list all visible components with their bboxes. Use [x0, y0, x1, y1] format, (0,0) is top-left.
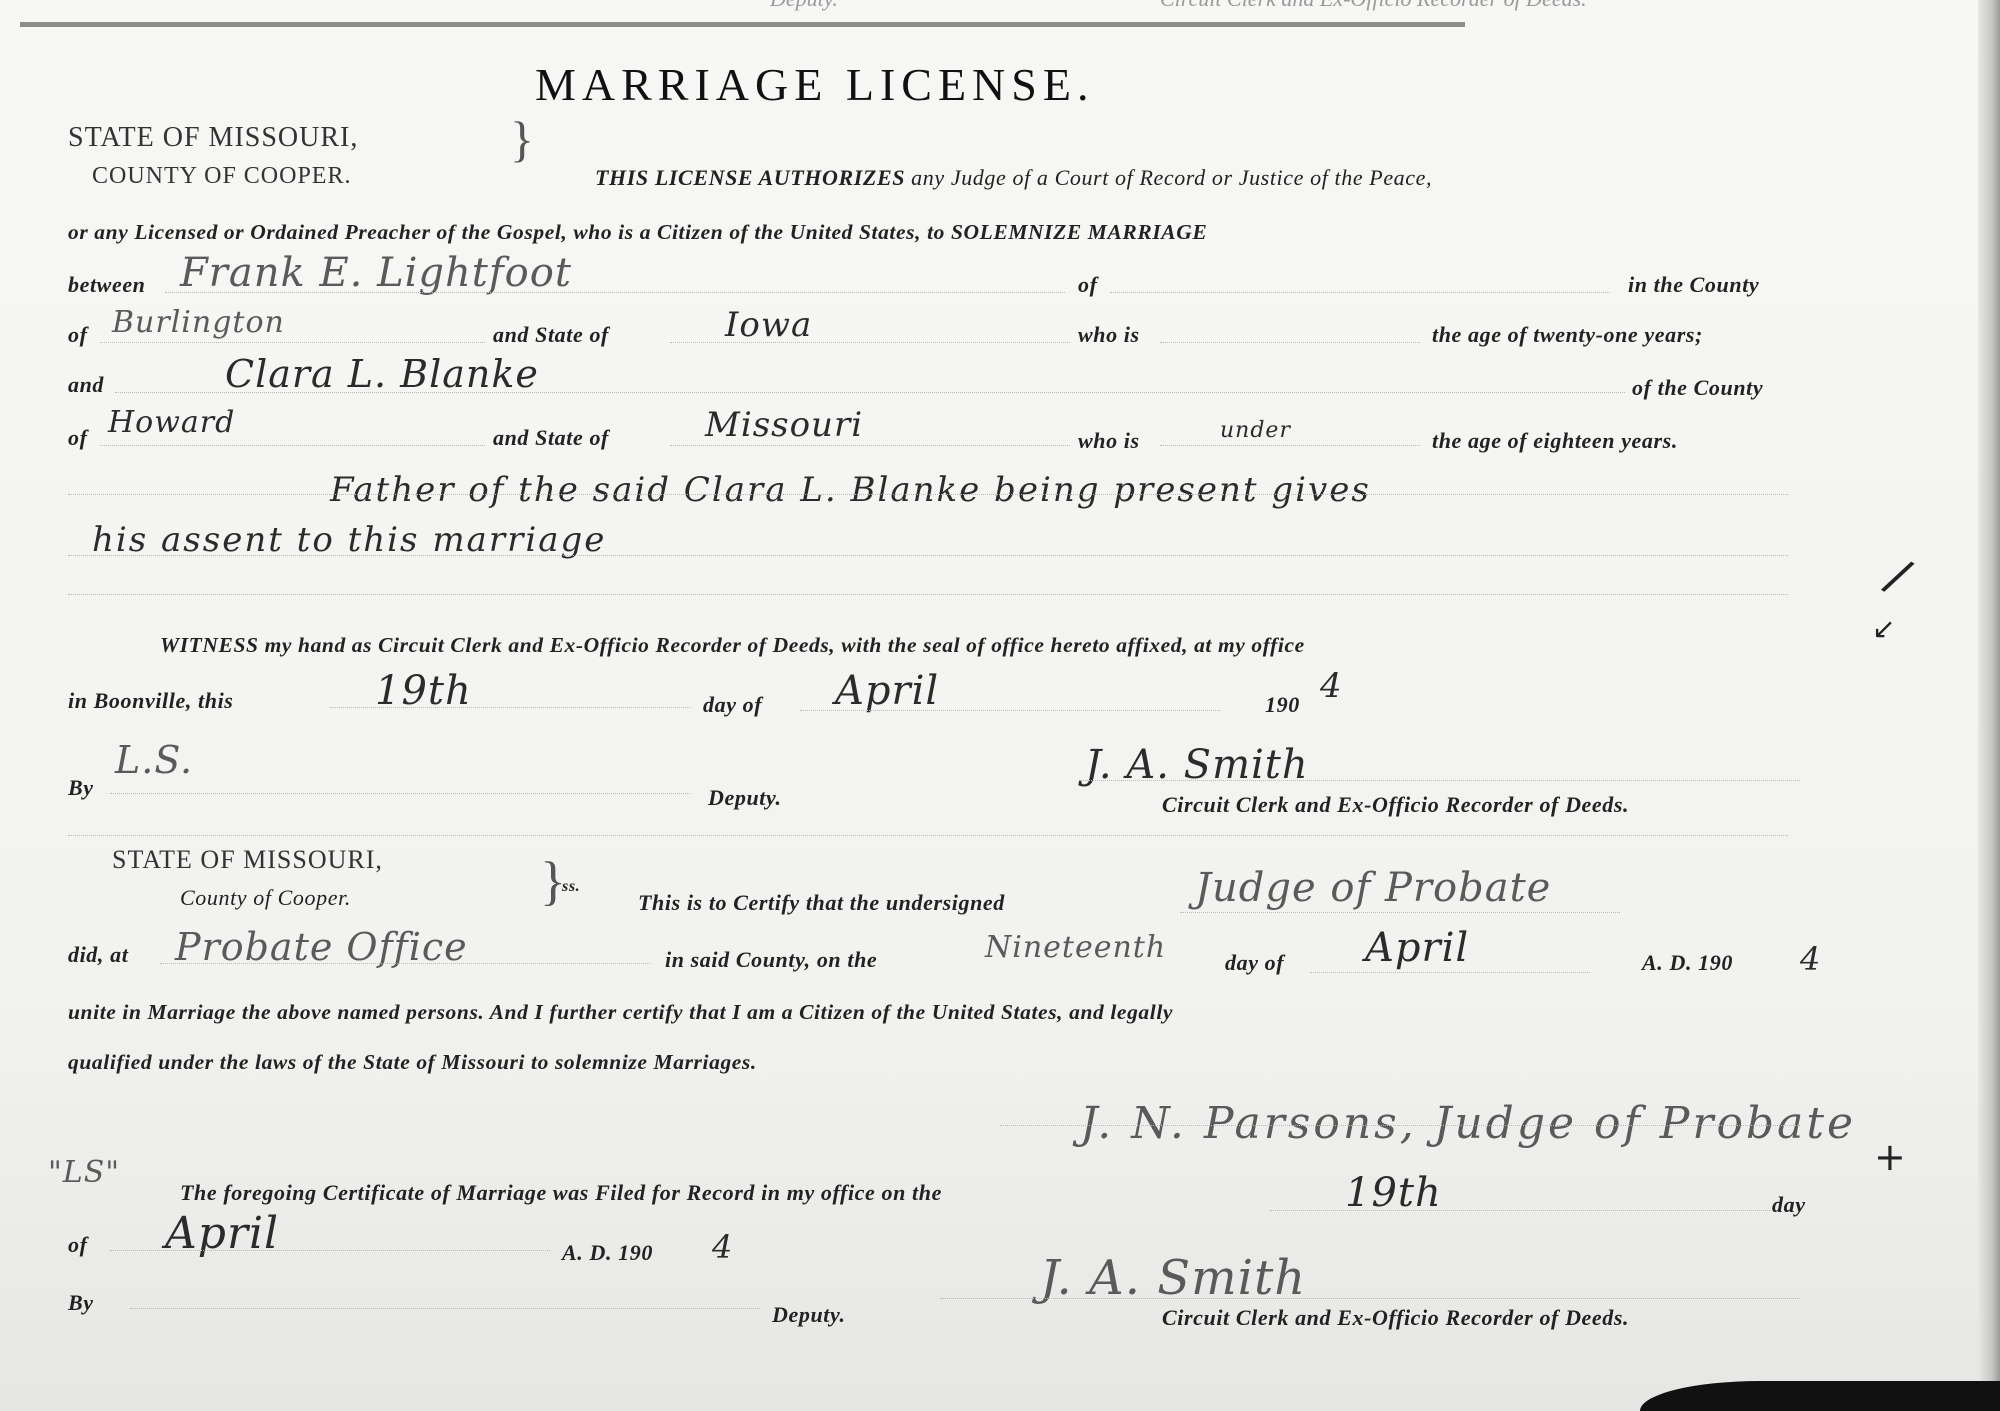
cross-mark: + — [1874, 1135, 1906, 1179]
label-of-county: of — [68, 322, 88, 348]
groom-county: Burlington — [112, 305, 285, 340]
label-of-the-county: of the County — [1632, 375, 1763, 401]
label-of-county-2: of — [68, 425, 88, 451]
license-clerk-label: Circuit Clerk and Ex-Officio Recorder of… — [1162, 792, 1629, 818]
filing-text: The foregoing Certificate of Marriage wa… — [180, 1180, 942, 1206]
ceremony-year-suffix: 4 — [1800, 940, 1821, 978]
label-and-state-of-2: and State of — [493, 425, 609, 451]
marriage-license-page: Deputy. Circuit Clerk and Ex-Officio Rec… — [0, 0, 2000, 1411]
license-clerk-signature: J. A. Smith — [1085, 742, 1309, 788]
filing-margin-note: "LS" — [48, 1155, 120, 1190]
ceremony-ad-prefix: A. D. 190 — [1642, 950, 1733, 976]
groom-state: Iowa — [725, 305, 812, 345]
label-between: between — [68, 272, 146, 298]
filing-deputy-label: Deputy. — [772, 1302, 846, 1328]
authorizes-line-2: or any Licensed or Ordained Preacher of … — [68, 220, 1207, 245]
label-in-boonville: in Boonville, this — [68, 688, 233, 714]
filing-clerk-label: Circuit Clerk and Ex-Officio Recorder of… — [1162, 1305, 1629, 1331]
filing-of-label: of — [68, 1232, 88, 1258]
certificate-state: STATE OF MISSOURI, — [112, 845, 383, 875]
officiant-title: Judge of Probate — [1195, 865, 1551, 911]
license-year-suffix: 4 — [1320, 666, 1343, 706]
groom-name: Frank E. Lightfoot — [180, 250, 572, 296]
filing-year-suffix: 4 — [712, 1228, 733, 1266]
certify-text: This is to Certify that the undersigned — [638, 890, 1005, 916]
label-who-is-1: who is — [1078, 322, 1140, 348]
filing-by-label: By — [68, 1290, 94, 1316]
label-of: of — [1078, 272, 1098, 298]
license-year-prefix: 190 — [1265, 692, 1300, 718]
certificate-line-4: qualified under the laws of the State of… — [68, 1050, 757, 1075]
license-deputy-initials: L.S. — [115, 738, 193, 782]
label-in-the-county: in the County — [1628, 272, 1759, 298]
filing-month: April — [165, 1208, 279, 1259]
filing-day: 19th — [1345, 1170, 1442, 1216]
license-month: April — [835, 668, 939, 714]
ceremony-day: Nineteenth — [985, 930, 1166, 965]
certificate-county: County of Cooper. — [180, 885, 351, 911]
consent-note-line-2: his assent to this marriage — [92, 520, 606, 560]
label-day-of-2: day of — [1225, 950, 1284, 976]
check-mark-1: / — [1877, 548, 1919, 605]
officiant-signature: J. N. Parsons, Judge of Probate — [1080, 1098, 1856, 1149]
prev-clerk-label: Circuit Clerk and Ex-Officio Recorder of… — [1160, 0, 1587, 12]
label-and-state-of-1: and State of — [493, 322, 609, 348]
consent-note-line-1: Father of the said Clara L. Blanke being… — [330, 470, 1371, 510]
license-deputy-label: Deputy. — [708, 785, 782, 811]
certificate-line-3: unite in Marriage the above named person… — [68, 1000, 1173, 1025]
filing-day-label: day — [1772, 1192, 1806, 1218]
label-by: By — [68, 775, 94, 801]
top-divider — [20, 22, 1465, 27]
ceremony-month: April — [1365, 925, 1469, 971]
license-state: STATE OF MISSOURI, — [68, 122, 358, 154]
prev-deputy-label: Deputy. — [770, 0, 838, 12]
label-in-said-county: in said County, on the — [665, 947, 877, 973]
label-age-21: the age of twenty-one years; — [1432, 322, 1703, 348]
brace: } — [510, 110, 534, 168]
label-and: and — [68, 372, 104, 398]
document-title: MARRIAGE LICENSE. — [535, 58, 1094, 111]
license-county: COUNTY OF COOPER. — [92, 163, 351, 190]
filing-ad-prefix: A. D. 190 — [562, 1240, 653, 1266]
label-did-at: did, at — [68, 942, 128, 968]
check-mark-2: ↙ — [1872, 612, 1895, 645]
label-day-of: day of — [703, 692, 762, 718]
label-age-18: the age of eighteen years. — [1432, 428, 1678, 454]
bride-state: Missouri — [705, 405, 863, 445]
witness-line: WITNESS my hand as Circuit Clerk and Ex-… — [160, 633, 1305, 658]
bride-name: Clara L. Blanke — [225, 352, 539, 396]
label-who-is-2: who is — [1078, 428, 1140, 454]
bride-county: Howard — [108, 405, 235, 440]
bride-age-qualifier: under — [1220, 418, 1291, 443]
authorizes-text: THIS LICENSE AUTHORIZES any Judge of a C… — [595, 165, 1432, 191]
page-edge — [1978, 0, 2000, 1411]
label-ss: ss. — [562, 878, 580, 896]
book-corner-shadow — [1640, 1381, 2000, 1411]
